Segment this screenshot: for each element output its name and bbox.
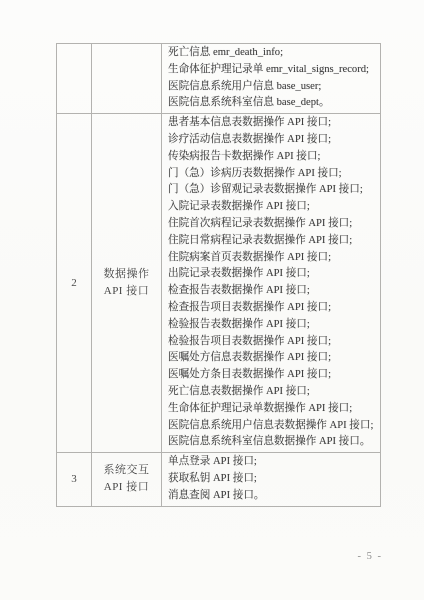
page-number: - 5 - xyxy=(348,551,392,562)
api-item-line: 医院信息系统用户信息表数据操作 API 接口; xyxy=(168,418,378,435)
api-item-line: 检查报告项目表数据操作 API 接口; xyxy=(168,300,378,317)
api-item-line: 门（急）诊留观记录表数据操作 API 接口; xyxy=(168,182,378,199)
table-row: 死亡信息 emr_death_info;生命体征护理记录单 emr_vital_… xyxy=(57,44,381,114)
api-item-line: 检查报告表数据操作 API 接口; xyxy=(168,283,378,300)
api-item-line: 生命体征护理记录单数据操作 API 接口; xyxy=(168,401,378,418)
table-row: 3系统交互API 接口单点登录 API 接口;获取私钥 API 接口;消息查阅 … xyxy=(57,453,381,506)
category-label-cell xyxy=(92,44,162,114)
table-row: 2数据操作API 接口患者基本信息表数据操作 API 接口;诊疗活动信息表数据操… xyxy=(57,114,381,453)
api-item-line: 诊疗活动信息表数据操作 API 接口; xyxy=(168,132,378,149)
api-table-body: 死亡信息 emr_death_info;生命体征护理记录单 emr_vital_… xyxy=(57,44,381,507)
category-label-line: API 接口 xyxy=(92,479,161,497)
api-list-cell: 死亡信息 emr_death_info;生命体征护理记录单 emr_vital_… xyxy=(162,44,381,114)
api-item-line: 单点登录 API 接口; xyxy=(168,454,378,471)
api-item-line: 死亡信息表数据操作 API 接口; xyxy=(168,384,378,401)
row-number-cell: 2 xyxy=(57,114,92,453)
api-item-line: 检验报告表数据操作 API 接口; xyxy=(168,317,378,334)
api-item-line: 出院记录表数据操作 API 接口; xyxy=(168,266,378,283)
api-item-line: 传染病报告卡数据操作 API 接口; xyxy=(168,149,378,166)
api-item-line: 患者基本信息表数据操作 API 接口; xyxy=(168,115,378,132)
api-item-line: 医嘱处方信息表数据操作 API 接口; xyxy=(168,350,378,367)
document-page: 死亡信息 emr_death_info;生命体征护理记录单 emr_vital_… xyxy=(0,0,424,600)
api-item-line: 入院记录表数据操作 API 接口; xyxy=(168,199,378,216)
api-item-line: 消息查阅 API 接口。 xyxy=(168,488,378,505)
api-item-line: 死亡信息 emr_death_info; xyxy=(168,45,378,62)
api-item-line: 住院病案首页表数据操作 API 接口; xyxy=(168,250,378,267)
api-item-line: 门（急）诊病历表数据操作 API 接口; xyxy=(168,166,378,183)
category-label-cell: 系统交互API 接口 xyxy=(92,453,162,506)
api-item-line: 生命体征护理记录单 emr_vital_signs_record; xyxy=(168,62,378,79)
row-number-cell xyxy=(57,44,92,114)
category-label-cell: 数据操作API 接口 xyxy=(92,114,162,453)
api-item-line: 检验报告项目表数据操作 API 接口; xyxy=(168,334,378,351)
category-label-line: 数据操作 xyxy=(92,266,161,284)
api-item-line: 住院日常病程记录表数据操作 API 接口; xyxy=(168,233,378,250)
api-item-line: 医嘱处方条目表数据操作 API 接口; xyxy=(168,367,378,384)
api-item-line: 医院信息系统科室信息 base_dept。 xyxy=(168,95,378,112)
api-item-line: 医院信息系统科室信息数据操作 API 接口。 xyxy=(168,434,378,451)
api-list-cell: 单点登录 API 接口;获取私钥 API 接口;消息查阅 API 接口。 xyxy=(162,453,381,506)
category-label-line: API 接口 xyxy=(92,283,161,301)
category-label-line: 系统交互 xyxy=(92,462,161,480)
api-list-cell: 患者基本信息表数据操作 API 接口;诊疗活动信息表数据操作 API 接口;传染… xyxy=(162,114,381,453)
row-number-cell: 3 xyxy=(57,453,92,506)
api-interface-table: 死亡信息 emr_death_info;生命体征护理记录单 emr_vital_… xyxy=(56,43,381,507)
api-item-line: 医院信息系统用户信息 base_user; xyxy=(168,79,378,96)
api-item-line: 获取私钥 API 接口; xyxy=(168,471,378,488)
api-item-line: 住院首次病程记录表数据操作 API 接口; xyxy=(168,216,378,233)
